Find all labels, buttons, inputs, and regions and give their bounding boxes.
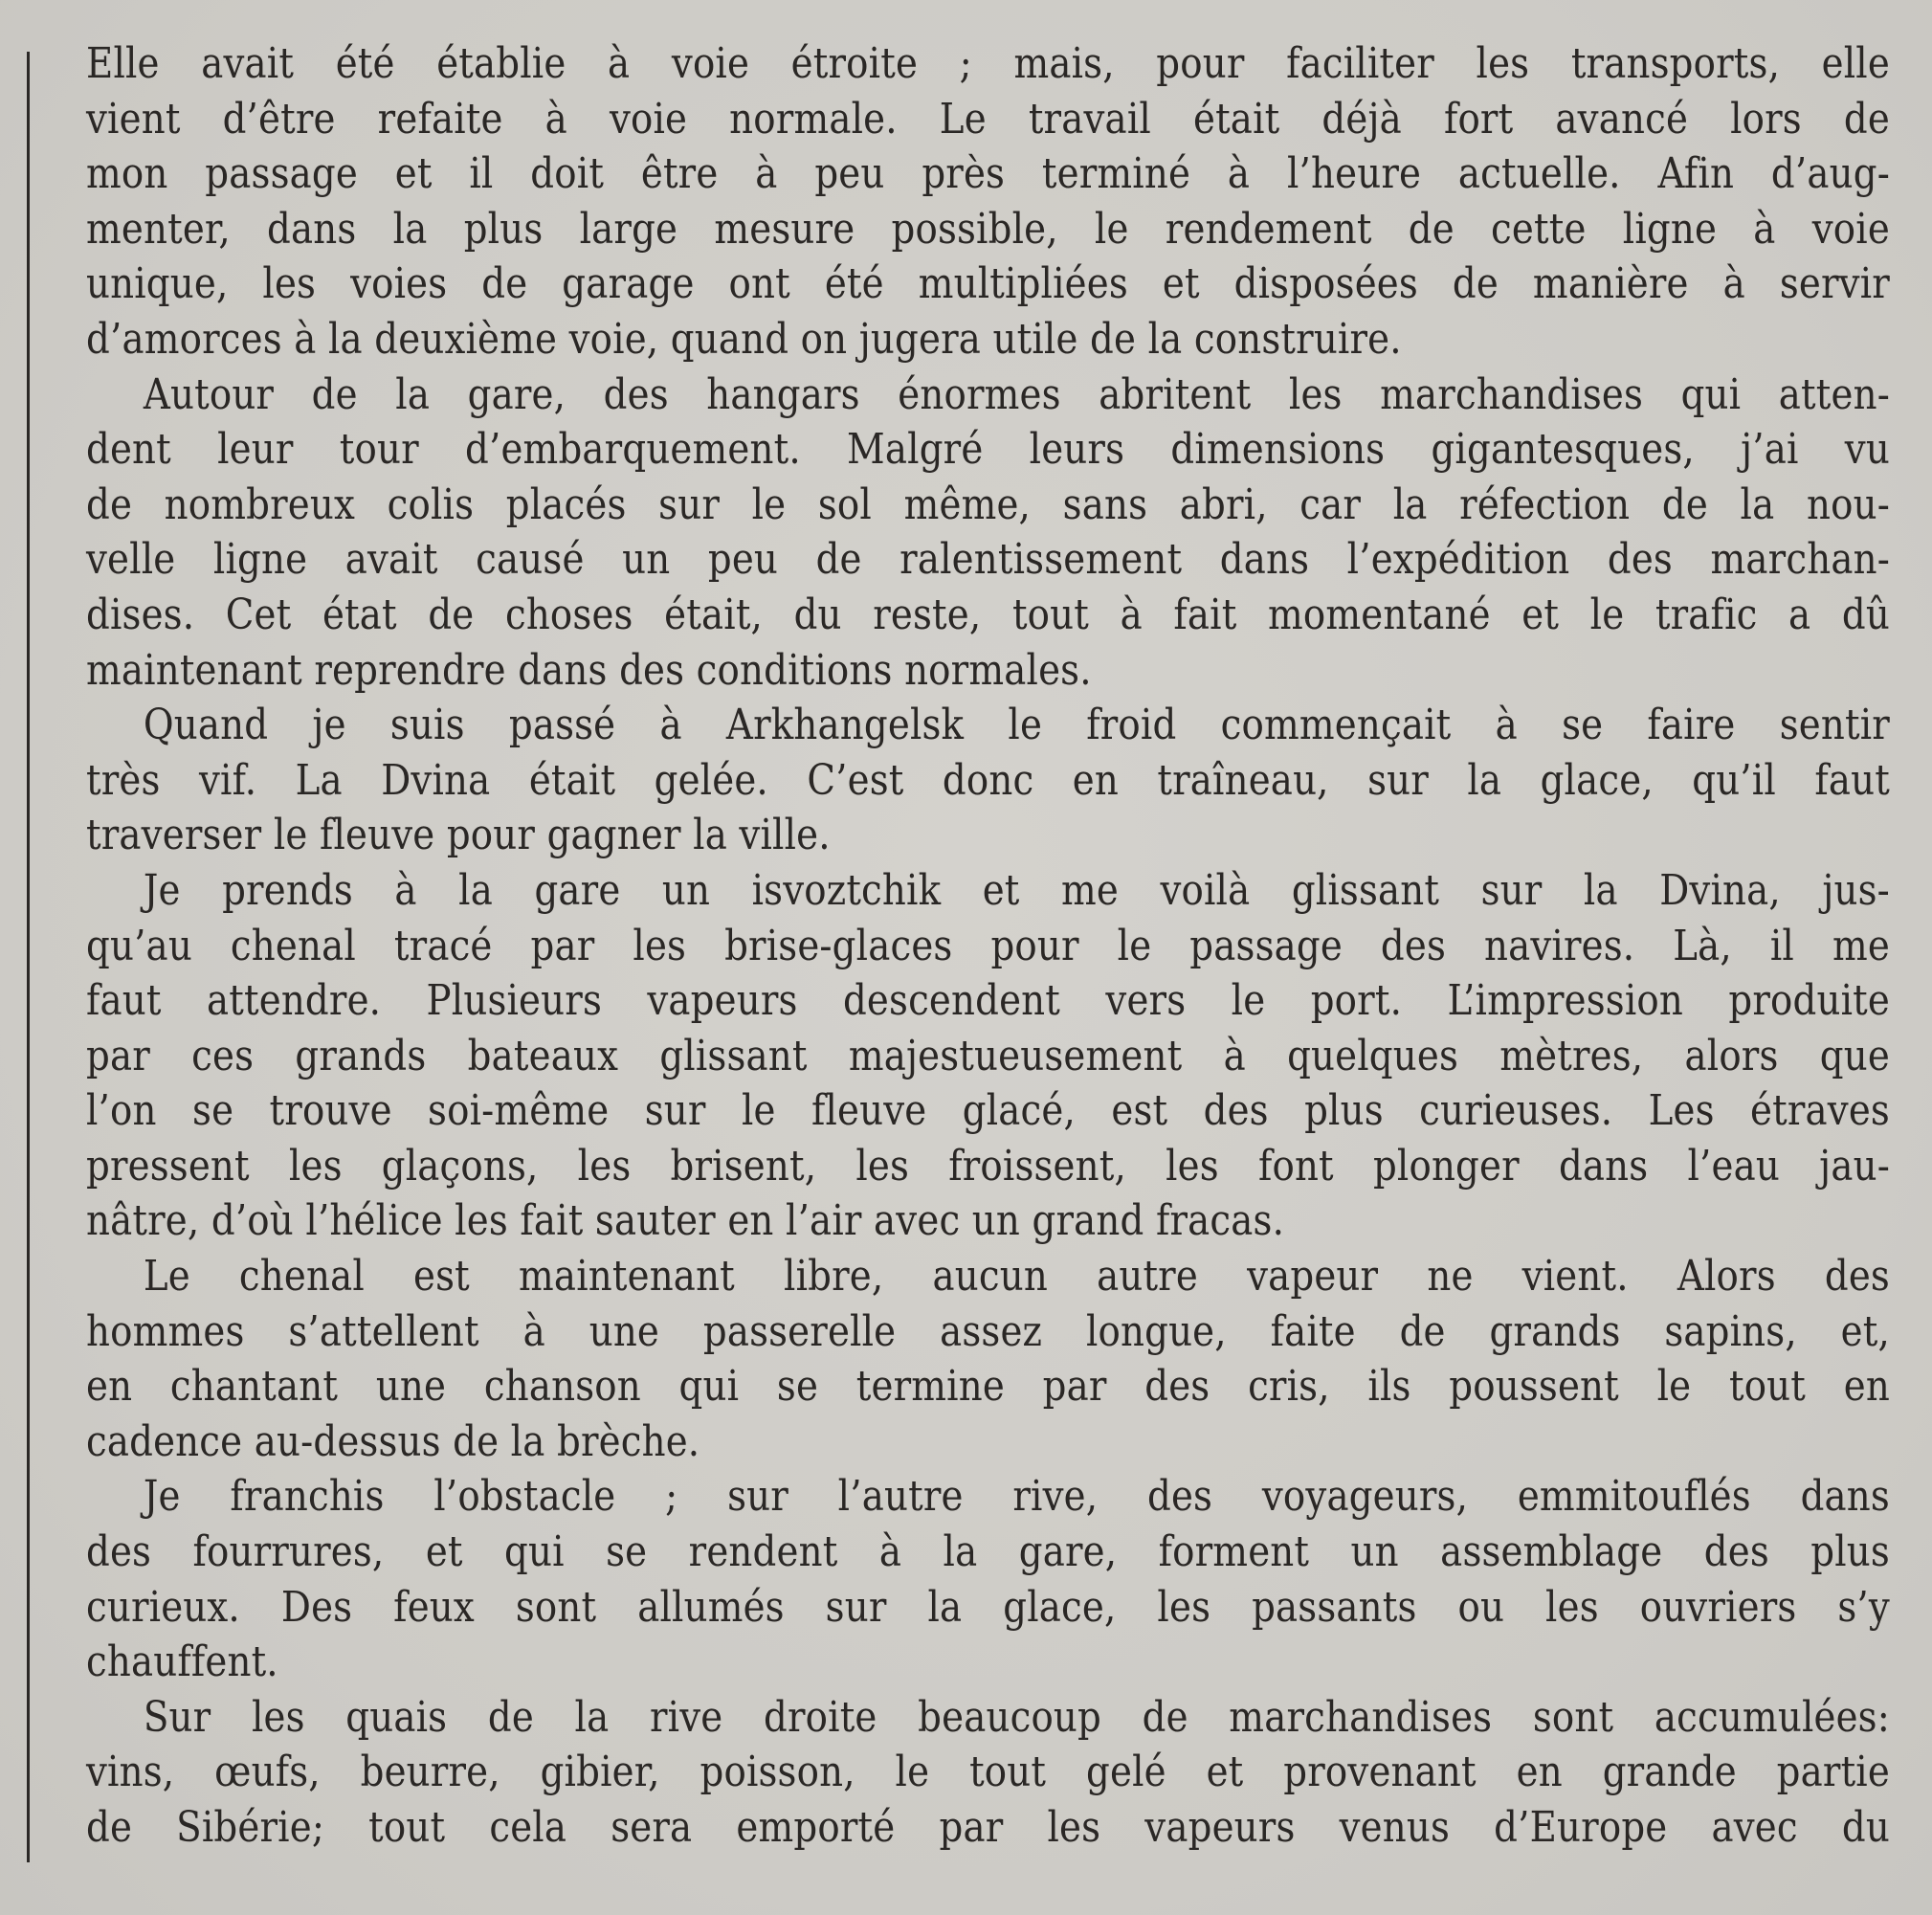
text-line: Je franchis l’obstacle ; sur l’autre riv…: [86, 1469, 1890, 1525]
paragraph: Je franchis l’obstacle ; sur l’autre riv…: [86, 1469, 1890, 1689]
paragraph: Sur les quais de la rive droite beaucoup…: [86, 1690, 1890, 1856]
text-line: de Sibérie; tout cela sera emporté par l…: [86, 1800, 1890, 1856]
text-line: Quand je suis passé à Arkhangelsk le fro…: [86, 698, 1890, 753]
text-line: d’amorces à la deuxième voie, quand on j…: [86, 312, 1890, 367]
text-line: Je prends à la gare un isvoztchik et me …: [86, 863, 1890, 919]
text-line: unique, les voies de garage ont été mult…: [86, 256, 1890, 312]
text-line: traverser le fleuve pour gagner la ville…: [86, 808, 1890, 863]
text-line: velle ligne avait causé un peu de ralent…: [86, 532, 1890, 588]
text-line: pressent les glaçons, les brisent, les f…: [86, 1139, 1890, 1194]
text-line: maintenant reprendre dans des conditions…: [86, 643, 1890, 699]
text-line: menter, dans la plus large mesure possib…: [86, 202, 1890, 257]
text-line: qu’au chenal tracé par les brise-glaces …: [86, 919, 1890, 974]
text-line: hommes s’attellent à une passerelle asse…: [86, 1304, 1890, 1360]
paragraph: Elle avait été établie à voie étroite ; …: [86, 36, 1890, 367]
paragraph: Je prends à la gare un isvoztchik et me …: [86, 863, 1890, 1249]
paragraph: Le chenal est maintenant libre, aucun au…: [86, 1249, 1890, 1469]
text-line: nâtre, d’où l’hélice les fait sauter en …: [86, 1193, 1890, 1249]
paragraph: Quand je suis passé à Arkhangelsk le fro…: [86, 698, 1890, 863]
text-line: vins, œufs, beurre, gibier, poisson, le …: [86, 1745, 1890, 1800]
text-line: chauffent.: [86, 1635, 1890, 1690]
text-line: en chantant une chanson qui se termine p…: [86, 1359, 1890, 1414]
body-text: Elle avait été établie à voie étroite ; …: [86, 36, 1890, 1856]
text-line: l’on se trouve soi-même sur le fleuve gl…: [86, 1083, 1890, 1139]
text-line: cadence au-dessus de la brèche.: [86, 1414, 1890, 1470]
text-line: Le chenal est maintenant libre, aucun au…: [86, 1249, 1890, 1304]
text-line: Sur les quais de la rive droite beaucoup…: [86, 1690, 1890, 1746]
paragraph: Autour de la gare, des hangars énormes a…: [86, 367, 1890, 699]
text-line: par ces grands bateaux glissant majestue…: [86, 1029, 1890, 1084]
text-line: mon passage et il doit être à peu près t…: [86, 146, 1890, 202]
margin-rule: [27, 52, 30, 1862]
text-line: vient d’être refaite à voie normale. Le …: [86, 92, 1890, 147]
text-line: Autour de la gare, des hangars énormes a…: [86, 367, 1890, 423]
text-line: très vif. La Dvina était gelée. C’est do…: [86, 753, 1890, 809]
text-line: curieux. Des feux sont allumés sur la gl…: [86, 1580, 1890, 1636]
text-line: Elle avait été établie à voie étroite ; …: [86, 36, 1890, 92]
text-line: dises. Cet état de choses était, du rest…: [86, 588, 1890, 643]
text-line: de nombreux colis placés sur le sol même…: [86, 478, 1890, 533]
text-line: faut attendre. Plusieurs vapeurs descend…: [86, 973, 1890, 1029]
scanned-page: Elle avait été établie à voie étroite ; …: [0, 0, 1932, 1915]
text-line: des fourrures, et qui se rendent à la ga…: [86, 1525, 1890, 1580]
text-line: dent leur tour d’embarquement. Malgré le…: [86, 422, 1890, 478]
